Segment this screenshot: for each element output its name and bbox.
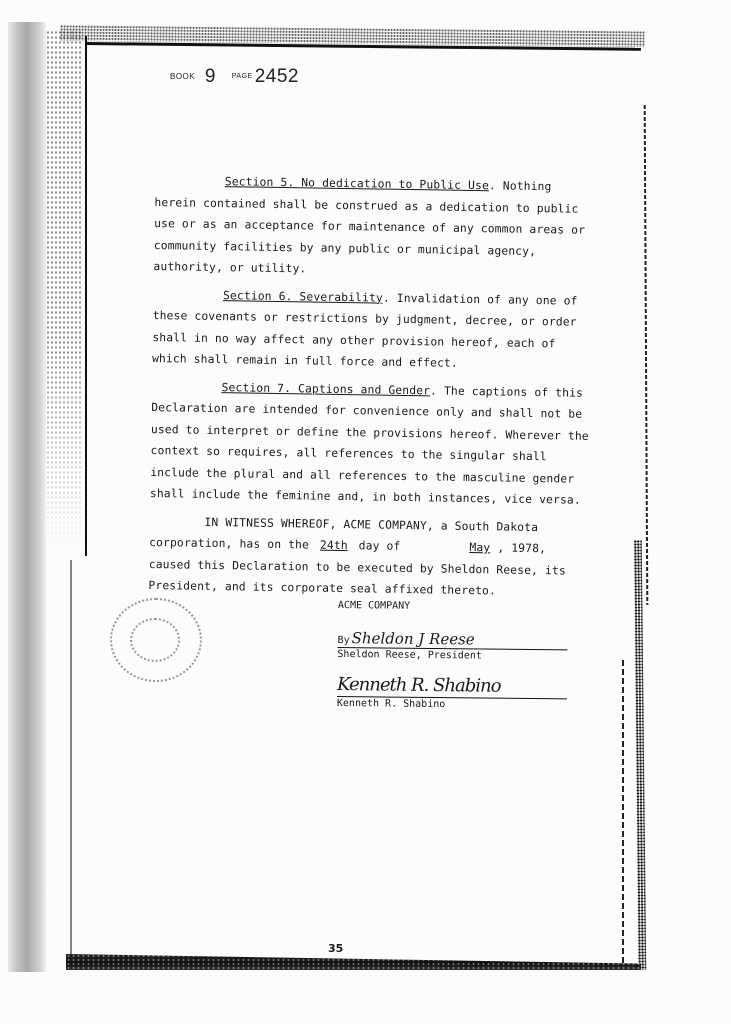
section-6-heading: Section 6. Severability	[223, 289, 383, 305]
book-label: BOOK	[170, 72, 195, 81]
page-border-right	[644, 105, 648, 605]
document-body: Section 5. No dedication to Public Use. …	[148, 170, 595, 609]
book-page-reference: BOOK 9 PAGE2452	[170, 66, 299, 88]
page-border-left-lower	[70, 560, 72, 960]
witness-day: 24th	[316, 539, 352, 553]
page-reference: 2452	[255, 66, 299, 87]
section-5-body: . Nothing herein contained shall be cons…	[153, 179, 585, 275]
signature-1: Sheldon J Reese	[352, 629, 475, 648]
section-7: Section 7. Captions and Gender. The capt…	[150, 375, 592, 511]
signer-1-name: Sheldon Reese, President	[337, 649, 567, 662]
page-number: 35	[328, 942, 343, 955]
section-5-heading: Section 5. No dedication to Public Use	[225, 175, 489, 192]
witness-day-of: day of	[352, 539, 408, 553]
section-5: Section 5. No dedication to Public Use. …	[153, 170, 595, 284]
signature-block: ACME COMPANY BySheldon J Reese Sheldon R…	[337, 600, 568, 711]
by-label: By	[338, 635, 350, 646]
signer-2-name: Kenneth R. Shabino	[337, 698, 567, 711]
page-border-right-inner	[622, 660, 624, 970]
signature-2: Kenneth R. Shabino	[337, 674, 567, 699]
page-label: PAGE	[232, 73, 253, 80]
signature-line-1: BySheldon J Reese	[337, 629, 567, 650]
page-border-right-shadow	[634, 540, 647, 970]
scan-noise-left	[46, 30, 82, 550]
section-7-body: . The captions of this Declaration are i…	[150, 384, 589, 507]
page-border-left	[85, 36, 87, 556]
book-number: 9	[205, 66, 216, 87]
corporate-seal-inner	[130, 618, 180, 662]
witness-clause: IN WITNESS WHEREOF, ACME COMPANY, a Sout…	[148, 510, 589, 603]
company-name: ACME COMPANY	[338, 600, 568, 613]
section-6: Section 6. Severability. Invalidation of…	[152, 283, 593, 376]
page-border-bottom-noise	[66, 954, 641, 970]
scan-shadow-left	[8, 22, 46, 972]
section-7-heading: Section 7. Captions and Gender	[221, 381, 430, 397]
witness-month: May	[407, 536, 497, 559]
